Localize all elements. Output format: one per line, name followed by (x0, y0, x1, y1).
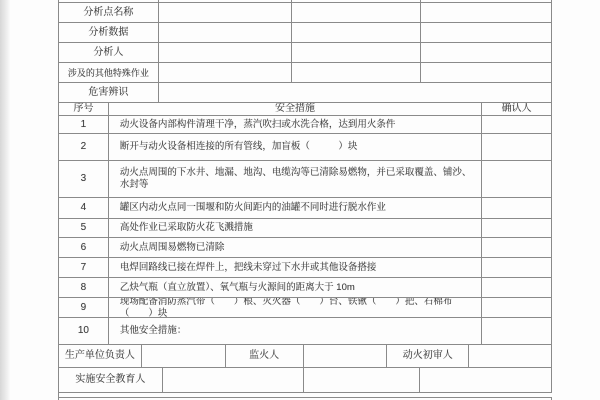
analysis-row-label: 分析点名称 (59, 3, 159, 23)
signature-cell (304, 368, 421, 393)
confirmer-cell (482, 238, 552, 258)
safety-row: 1 动火设备内部构件清理干净，蒸汽吹扫或水洗合格，达到用火条件 (59, 116, 552, 134)
measure-cell: 乙炔气瓶（直立放置）、氧气瓶与火源间的距离大于 10m (109, 278, 482, 298)
analysis-row: 分析点名称 (59, 3, 552, 23)
analysis-value-cell (421, 3, 552, 23)
signoff-section: 生产单位负责人 监火人 动火初审人 实施安全教育人 (59, 345, 552, 393)
initial-reviewer-label: 动火初审人 (387, 345, 469, 368)
seq-cell: 5 (59, 219, 109, 238)
analysis-value-cell (292, 63, 422, 83)
seq-cell: 4 (59, 198, 109, 219)
measure-cell: 现场配备消防蒸汽带（ ）根、灭火器（ ）台、铁锹（ ）把、石棉布（ ）块 (109, 298, 482, 318)
confirmer-cell (482, 198, 552, 219)
safety-educator-label: 实施安全教育人 (59, 368, 163, 393)
signature-cell (304, 345, 388, 368)
analysis-value-cell (159, 3, 292, 23)
seq-cell: 6 (59, 238, 109, 258)
confirmer-header: 确认人 (482, 103, 552, 116)
analysis-value-cell (421, 63, 552, 83)
signature-cell (142, 345, 226, 368)
analysis-value-cell (292, 23, 422, 43)
analysis-value-cell (159, 43, 292, 63)
signature-cell (469, 345, 552, 368)
safety-row: 5 高处作业已采取防火花飞溅措施 (59, 219, 552, 238)
measure-cell: 动火设备内部构件清理干净，蒸汽吹扫或水洗合格，达到用火条件 (109, 116, 482, 134)
measure-cell: 高处作业已采取防火花飞溅措施 (109, 219, 482, 238)
safety-row: 9 现场配备消防蒸汽带（ ）根、灭火器（ ）台、铁锹（ ）把、石棉布（ ）块 (59, 298, 552, 318)
analysis-value-cell (292, 43, 422, 63)
seq-header: 序号 (59, 103, 109, 116)
analysis-row: 危害辨识 (59, 83, 552, 103)
safety-row: 3 动火点周围的下水井、地漏、地沟、电缆沟等已清除易燃物，并已采取覆盖、铺沙、水… (59, 161, 552, 198)
analysis-row: 涉及的其他特殊作业 (59, 63, 552, 83)
confirmer-cell (482, 219, 552, 238)
analysis-row: 分析数据 (59, 23, 552, 43)
safety-row: 10 其他安全措施： (59, 318, 552, 345)
analysis-row-label: 涉及的其他特殊作业 (59, 63, 159, 83)
safety-row: 4 罐区内动火点同一围堰和防火间距内的油罐不同时进行脱水作业 (59, 198, 552, 219)
measure-cell: 断开与动火设备相连接的所有管线，加盲板（ ）块 (109, 134, 482, 161)
seq-cell: 2 (59, 134, 109, 161)
signature-cell (420, 368, 552, 393)
analysis-row-label: 分析数据 (59, 23, 159, 43)
confirmer-cell (482, 161, 552, 198)
analysis-value-cell (421, 43, 552, 63)
producer-lead-label: 生产单位负责人 (59, 345, 142, 368)
seq-cell: 7 (59, 258, 109, 278)
seq-cell: 8 (59, 278, 109, 298)
analysis-value-cell (159, 83, 552, 103)
form-sheet: 分析点名称 分析数据 分析人 涉及的其他特殊作业 (58, 0, 552, 400)
analysis-value-cell (159, 63, 292, 83)
scan-edge-shadow (0, 0, 10, 400)
safety-header-row: 序号 安全措施 确认人 (59, 103, 552, 116)
confirmer-cell (482, 116, 552, 134)
confirmer-cell (482, 318, 552, 345)
analysis-value-cell (421, 23, 552, 43)
analysis-row-label: 危害辨识 (59, 83, 159, 103)
seq-cell: 1 (59, 116, 109, 134)
fire-watcher-label: 监火人 (226, 345, 304, 368)
signoff-row-1: 生产单位负责人 监火人 动火初审人 (59, 345, 552, 368)
safety-row: 7 电焊回路线已接在焊件上，把线未穿过下水井或其他设备搭接 (59, 258, 552, 278)
analysis-row: 分析人 (59, 43, 552, 63)
safety-measures-table: 序号 安全措施 确认人 1 动火设备内部构件清理干净，蒸汽吹扫或水洗合格，达到用… (59, 103, 552, 345)
signature-cell (163, 368, 304, 393)
measure-cell: 动火点周围的下水井、地漏、地沟、电缆沟等已清除易燃物，并已采取覆盖、铺沙、水封等 (109, 161, 482, 198)
measure-cell: 电焊回路线已接在焊件上，把线未穿过下水井或其他设备搭接 (109, 258, 482, 278)
scanned-permit-form: 分析点名称 分析数据 分析人 涉及的其他特殊作业 (0, 0, 600, 400)
seq-cell: 3 (59, 161, 109, 198)
safety-row: 6 动火点周围易燃物已清除 (59, 238, 552, 258)
analysis-value-cell (292, 3, 422, 23)
measure-cell: 罐区内动火点同一围堰和防火间距内的油罐不同时进行脱水作业 (109, 198, 482, 219)
measure-cell: 动火点周围易燃物已清除 (109, 238, 482, 258)
safety-row: 2 断开与动火设备相连接的所有管线，加盲板（ ）块 (59, 134, 552, 161)
analysis-info-table: 分析点名称 分析数据 分析人 涉及的其他特殊作业 (59, 3, 552, 103)
analysis-row-label: 分析人 (59, 43, 159, 63)
confirmer-cell (482, 298, 552, 318)
seq-cell: 10 (59, 318, 109, 345)
safety-row: 8 乙炔气瓶（直立放置）、氧气瓶与火源间的距离大于 10m (59, 278, 552, 298)
confirmer-cell (482, 258, 552, 278)
confirmer-cell (482, 278, 552, 298)
measure-cell: 其他安全措施： (109, 318, 482, 345)
measure-header: 安全措施 (109, 103, 482, 116)
confirmer-cell (482, 134, 552, 161)
signoff-row-2: 实施安全教育人 (59, 368, 552, 393)
analysis-value-cell (159, 23, 292, 43)
seq-cell: 9 (59, 298, 109, 318)
